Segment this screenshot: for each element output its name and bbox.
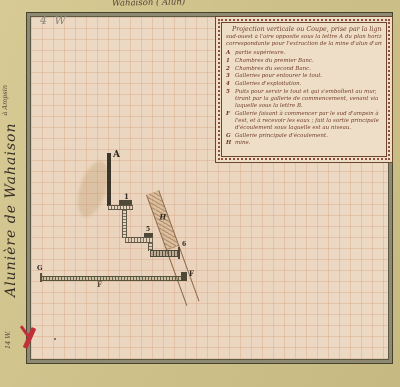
legend-item-3: 3 Galleries pour entourer le tout. [226,73,382,80]
legend-key: F [226,111,235,132]
legend-decorative-border: Projection verticale ou Coupe, prise par… [218,19,390,160]
legend-key: 5 [226,89,235,110]
drainage-right-label: F [189,269,194,278]
legend-text: Gallerie principale d'écoulement. [235,133,382,140]
legend-title-line-1: Projection verticale ou Coupe, prise par… [226,26,382,34]
legend-title-line-2: sud-ouest à l'aire opposite sous la lett… [226,34,382,41]
upper-gallery [108,205,133,210]
seam-label: H [160,213,167,222]
main-shaft-label: A [113,150,120,160]
legend-text: Chambres du second Banc. [235,66,382,73]
legend-text: partie supérieure. [235,50,382,57]
legend-key: G [226,133,235,140]
drainage-gallery [40,276,186,281]
pencil-corner-mark: 4 W [40,14,68,27]
legend-title-line-3: correspondante pour l'extraction de la m… [226,41,382,48]
legend-text: Gallerie faisant à commencer par le sud … [235,111,382,132]
legend-item-2: 2 Chambres du second Banc. [226,66,382,73]
left-margin-title: Alunière de Wahaisonà Ampsin [0,26,26,356]
drainage-left-label: G [37,264,43,272]
legend-key: 1 [226,58,235,65]
legend-key: 2 [226,66,235,73]
legend-item-G: G Gallerie principale d'écoulement. [226,133,382,140]
legend-text: Chambres du premier Banc. [235,58,382,65]
drainage-left-tick [40,273,42,282]
document-subtitle: à Ampsin [1,85,9,116]
legend-key: H [226,140,235,147]
legend-item-5: 5 Puits pour servir le tout et qui s'emb… [226,89,382,110]
legend-item-H: H mine. [226,140,382,147]
legend-content: Projection verticale ou Coupe, prise par… [221,22,387,157]
legend-key: A [226,50,235,57]
legend-item-1: 1 Chambres du premier Banc. [226,58,382,65]
lower-gallery-label: 6 [182,241,186,248]
top-margin-note: Wahaison ( Alun) [112,0,185,9]
legend-text: mine. [235,140,382,147]
scanned-mine-plan-page: Wahaison ( Alun) Alunière de Wahaisonà A… [0,0,400,387]
drainage-center-label: F [97,280,102,289]
legend-item-list: A partie supérieure. 1 Chambres du premi… [226,50,382,147]
document-title: Alunière de Wahaison [3,123,19,298]
drainage-right-block [181,272,187,281]
legend-item-A: A partie supérieure. [226,50,382,57]
upper-gallery-label: 1 [124,192,129,201]
legend-cartouche: Projection verticale ou Coupe, prise par… [215,16,393,163]
legend-item-F: F Gallerie faisant à commencer par le su… [226,111,382,132]
lower-gallery [150,250,180,257]
middle-shaft [122,210,127,238]
legend-text: Puits pour servir le tout et qui s'emboî… [235,89,382,110]
middle-junction-block [144,233,153,237]
bottom-left-archival-mark: 14 W. [4,320,12,360]
legend-text: Galleries d'exploitation. [235,81,382,88]
legend-key: 3 [226,73,235,80]
ink-dot [54,338,56,340]
middle-gallery-label: 5 [146,226,150,233]
legend-text: Galleries pour entourer le tout. [235,73,382,80]
main-shaft [107,153,111,206]
legend-key: 4 [226,81,235,88]
lower-gallery-end-tick [178,247,180,259]
legend-item-4: 4 Galleries d'exploitation. [226,81,382,88]
